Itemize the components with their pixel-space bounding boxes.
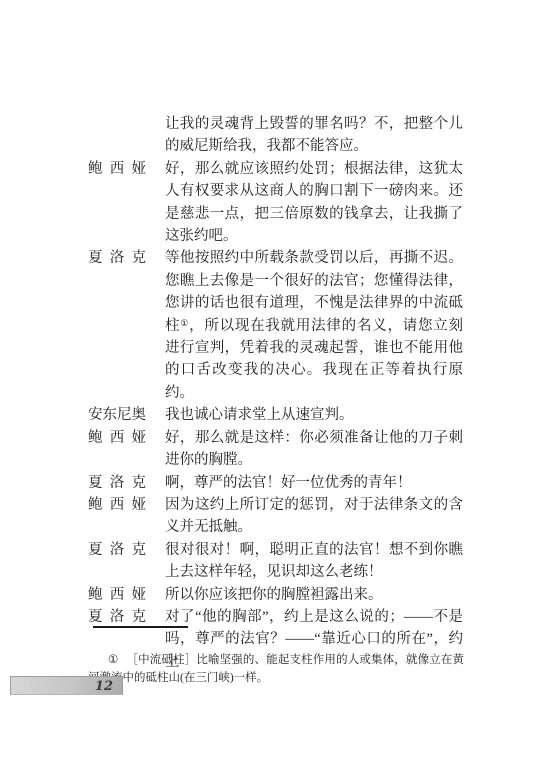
speaker-label: 鲍西娅 (88, 584, 146, 606)
speech-segment: 因为这约上所订定的惩罚，对于法律条文的含义并无抵触。 (165, 497, 463, 535)
dialogue-row: 夏洛克 很对很对！啊，聪明正直的法官！想不到你瞧上去这样年轻，见识却这么老练！ (88, 539, 463, 584)
speaker-label: 夏洛克 (88, 539, 146, 561)
dialogue-row: 夏洛克 啊，尊严的法官！好一位优秀的青年！ (88, 472, 463, 494)
speaker-label: 鲍西娅 (88, 494, 146, 516)
speaker-label: 夏洛克 (88, 606, 146, 628)
page-number-band: 12 (10, 676, 123, 695)
dialogue-row: 让我的灵魂背上毁誓的罪名吗？不，把整个儿的威尼斯给我，我都不能答应。 (88, 113, 463, 158)
dialogue-row: 鲍西娅 好，那么就应该照约处罚；根据法律，这犹太人有权要求从这商人的胸口割下一磅… (88, 158, 463, 248)
speech-segment: 所以你应该把你的胸膛袒露出来。 (165, 587, 383, 603)
speaker-label: 鲍西娅 (88, 158, 146, 180)
speaker-label: 安东尼奥 (88, 404, 146, 426)
speech-text: 啊，尊严的法官！好一位优秀的青年！ (165, 472, 463, 494)
speech-text: 因为这约上所订定的惩罚，对于法律条文的含义并无抵触。 (165, 494, 463, 539)
dialogue-row: 安东尼奥 我也诚心请求堂上从速宣判。 (88, 404, 463, 426)
speaker-label: 夏洛克 (88, 472, 146, 494)
speech-text: 好，那么就应该照约处罚；根据法律，这犹太人有权要求从这商人的胸口割下一磅肉来。还… (165, 158, 463, 248)
footnote-text: ［中流砥柱］比喻坚强的、能起支柱作用的人或集体，就像立在黄河激流中的砥柱山(在三… (88, 654, 464, 685)
footnote-ref: ① (180, 318, 189, 328)
speech-segment: 好，那么就是这样：你必须准备让他的刀子刺进你的胸膛。 (165, 430, 463, 468)
speaker-label: 鲍西娅 (88, 427, 146, 449)
speech-text: 好，那么就是这样：你必须准备让他的刀子刺进你的胸膛。 (165, 427, 463, 472)
footnote: ①［中流砥柱］比喻坚强的、能起支柱作用的人或集体，就像立在黄河激流中的砥柱山(在… (88, 651, 464, 688)
speech-segment: 很对很对！啊，聪明正直的法官！想不到你瞧上去这样年轻，见识却这么老练！ (165, 542, 463, 580)
dialogue-row: 鲍西娅 因为这约上所订定的惩罚，对于法律条文的含义并无抵触。 (88, 494, 463, 539)
dialogue-row: 鲍西娅 好，那么就是这样：你必须准备让他的刀子刺进你的胸膛。 (88, 427, 463, 472)
speech-segment: 好，那么就应该照约处罚；根据法律，这犹太人有权要求从这商人的胸口割下一磅肉来。还… (165, 161, 463, 244)
footnote-marker: ① (108, 654, 118, 666)
footnote-divider (93, 626, 188, 628)
book-page: 让我的灵魂背上毁誓的罪名吗？不，把整个儿的威尼斯给我，我都不能答应。 鲍西娅 好… (0, 0, 550, 778)
speech-segment: ，所以现在我就用法律的名义，请您立刻进行宣判，凭着我的灵魂起誓，谁也不能用他的口… (165, 318, 463, 401)
speech-segment: 我也诚心请求堂上从速宣判。 (165, 407, 354, 423)
dialogue-row: 鲍西娅 所以你应该把你的胸膛袒露出来。 (88, 584, 463, 606)
speech-text: 等他按照约中所载条款受罚以后，再撕不迟。您瞧上去像是一个很好的法官；您懂得法律，… (165, 247, 463, 404)
speech-text: 所以你应该把你的胸膛袒露出来。 (165, 584, 463, 606)
speech-segment: 啊，尊严的法官！好一位优秀的青年！ (165, 475, 412, 491)
speech-text: 很对很对！啊，聪明正直的法官！想不到你瞧上去这样年轻，见识却这么老练！ (165, 539, 463, 584)
page-number: 12 (95, 679, 113, 694)
dialogue-row: 夏洛克 等他按照约中所载条款受罚以后，再撕不迟。您瞧上去像是一个很好的法官；您懂… (88, 247, 463, 404)
speaker-label: 夏洛克 (88, 247, 146, 269)
dialogue-section: 让我的灵魂背上毁誓的罪名吗？不，把整个儿的威尼斯给我，我都不能答应。 鲍西娅 好… (88, 113, 463, 673)
speech-segment: 让我的灵魂背上毁誓的罪名吗？不，把整个儿的威尼斯给我，我都不能答应。 (165, 116, 463, 154)
speech-text: 我也诚心请求堂上从速宣判。 (165, 404, 463, 426)
speech-text: 让我的灵魂背上毁誓的罪名吗？不，把整个儿的威尼斯给我，我都不能答应。 (165, 113, 463, 158)
